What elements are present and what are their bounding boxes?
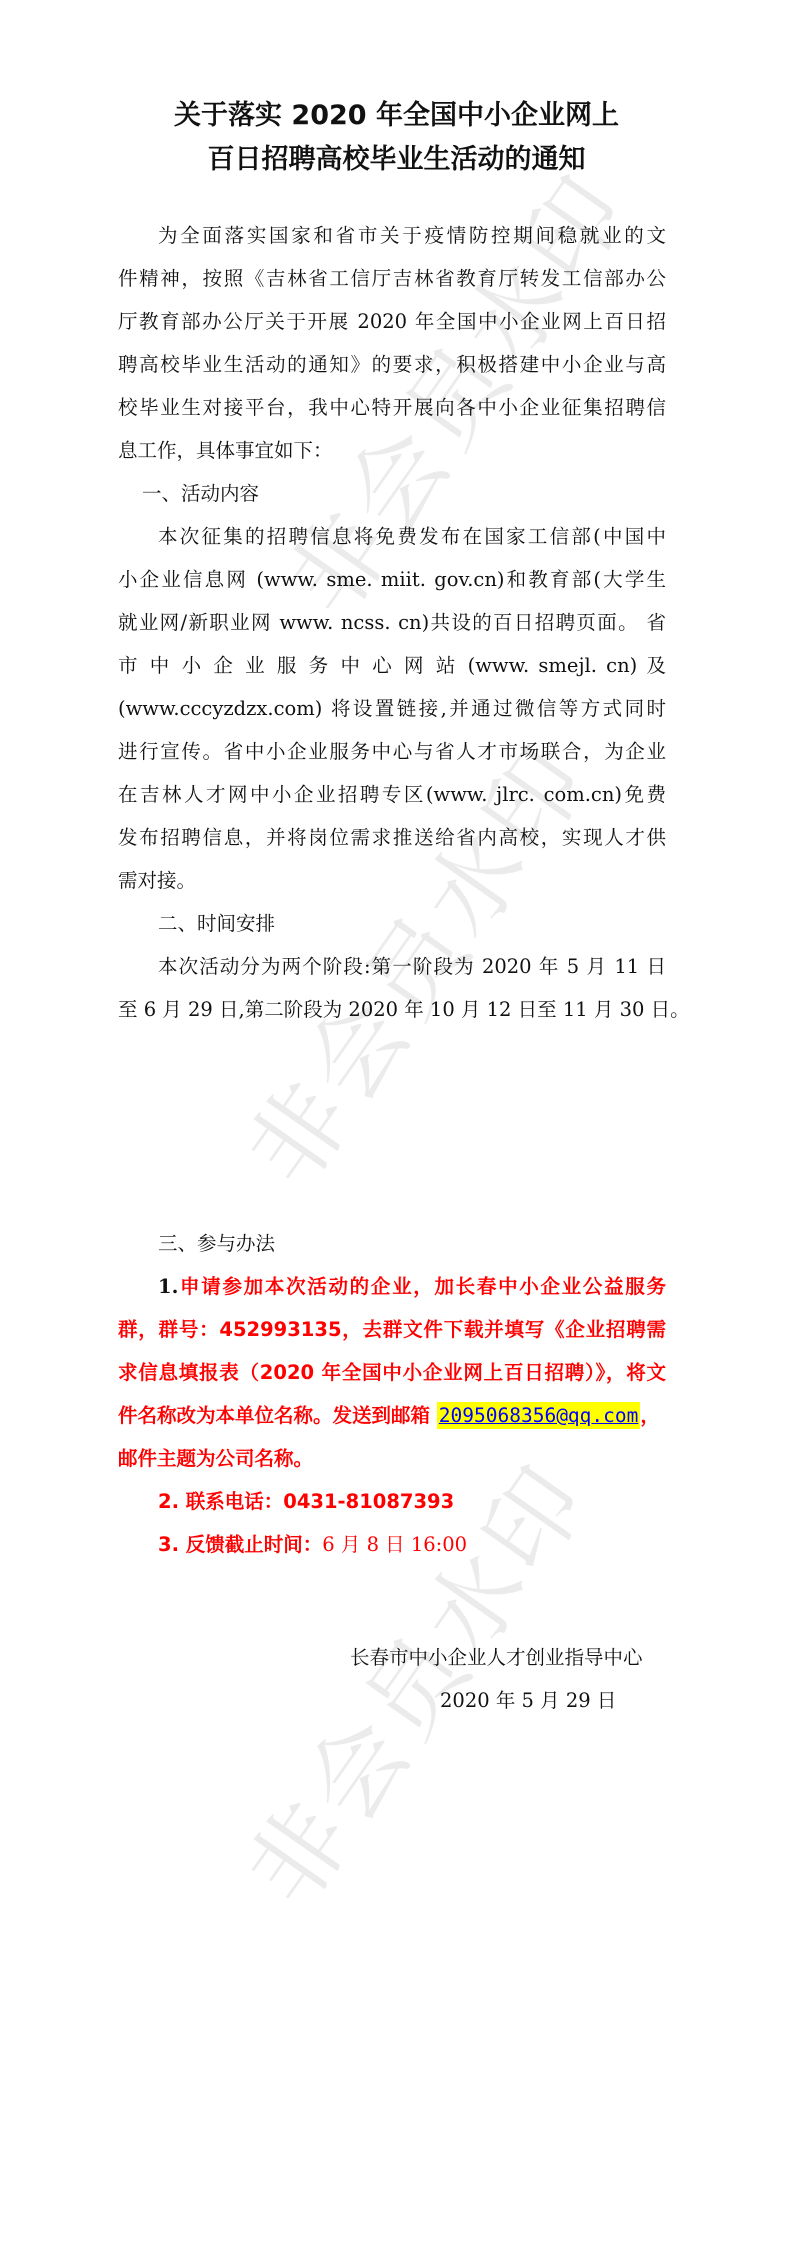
document-title-line-2: 百日招聘高校毕业生活动的通知 [0,138,793,182]
participation-item-3: 3. 反馈截止时间：6 月 8 日 16:00 [158,1524,666,1566]
section2-line: 本次活动分为两个阶段:第一阶段为 2020 年 5 月 11 日 [158,946,666,988]
intro-line: 厅教育部办公厅关于开展 2020 年全国中小企业网上百日招 [118,301,666,343]
document-page: 非会员水印 非会员水印 非会员水印 关于落实 2020 年全国中小企业网上 百日… [0,0,793,2244]
section-heading-activity: 一、活动内容 [142,473,650,515]
section1-line: 发布招聘信息，并将岗位需求推送给省内高校，实现人才供 [118,817,666,859]
contact-phone-value: 0431-81087393 [283,1490,454,1513]
item-1-text: 件名称改为本单位名称。发送到邮箱 [118,1404,437,1427]
section-heading-participation: 三、参与办法 [158,1223,666,1265]
signature-organization: 长春市中小企业人才创业指导中心 [350,1637,643,1679]
section1-line: 市 中 小 企 业 服 务 中 心 网 站 (www. smejl. cn) 及 [118,645,666,687]
participation-item-1-line-3: 求信息填报表（2020 年全国中小企业网上百日招聘）》，将文 [118,1352,666,1394]
section1-line: 需对接。 [118,860,666,902]
participation-item-1-line-4: 件名称改为本单位名称。发送到邮箱 2095068356@qq.com， [118,1395,666,1437]
section1-line: 进行宣传。省中小企业服务中心与省人才市场联合，为企业 [118,731,666,773]
intro-line: 校毕业生对接平台，我中心特开展向各中小企业征集招聘信 [118,387,666,429]
section1-line: 就业网/新职业网 www. ncss. cn)共设的百日招聘页面。 省 [118,602,666,644]
section-heading-schedule: 二、时间安排 [158,903,666,945]
participation-item-1: 1.申请参加本次活动的企业，加长春中小企业公益服务 [158,1266,666,1308]
section1-line: (www.cccyzdzx.com) 将设置链接,并通过微信等方式同时 [118,688,666,730]
participation-item-1-line-5: 邮件主题为公司名称。 [118,1438,666,1480]
section1-line: 本次征集的招聘信息将免费发布在国家工信部(中国中 [158,516,666,558]
document-title-line-1: 关于落实 2020 年全国中小企业网上 [0,94,793,138]
item-1-text: ， [640,1404,660,1427]
signature-date: 2020 年 5 月 29 日 [440,1680,616,1722]
intro-line: 聘高校毕业生活动的通知》的要求，积极搭建中小企业与高 [118,344,666,386]
section1-line: 在吉林人才网中小企业招聘专区(www. jlrc. com.cn)免费 [118,774,666,816]
item-number: 1. [158,1275,178,1298]
contact-phone-label: 2. 联系电话： [158,1490,283,1513]
intro-line: 为全面落实国家和省市关于疫情防控期间稳就业的文 [158,215,666,257]
participation-item-1-line-2: 群，群号：452993135，去群文件下载并填写《企业招聘需 [118,1309,666,1351]
deadline-label: 3. 反馈截止时间： [158,1533,322,1556]
email-link[interactable]: 2095068356@qq.com [437,1402,641,1429]
deadline-value: 6 月 8 日 16:00 [322,1533,467,1556]
item-1-text: 申请参加本次活动的企业，加长春中小企业公益服务 [178,1275,666,1298]
section1-line: 小企业信息网 (www. sme. miit. gov.cn)和教育部(大学生 [118,559,666,601]
intro-line: 息工作，具体事宜如下： [118,430,666,472]
participation-item-2: 2. 联系电话：0431-81087393 [158,1481,666,1523]
section2-line: 至 6 月 29 日,第二阶段为 2020 年 10 月 12 日至 11 月 … [118,989,666,1031]
intro-line: 件精神，按照《吉林省工信厅吉林省教育厅转发工信部办公 [118,258,666,300]
